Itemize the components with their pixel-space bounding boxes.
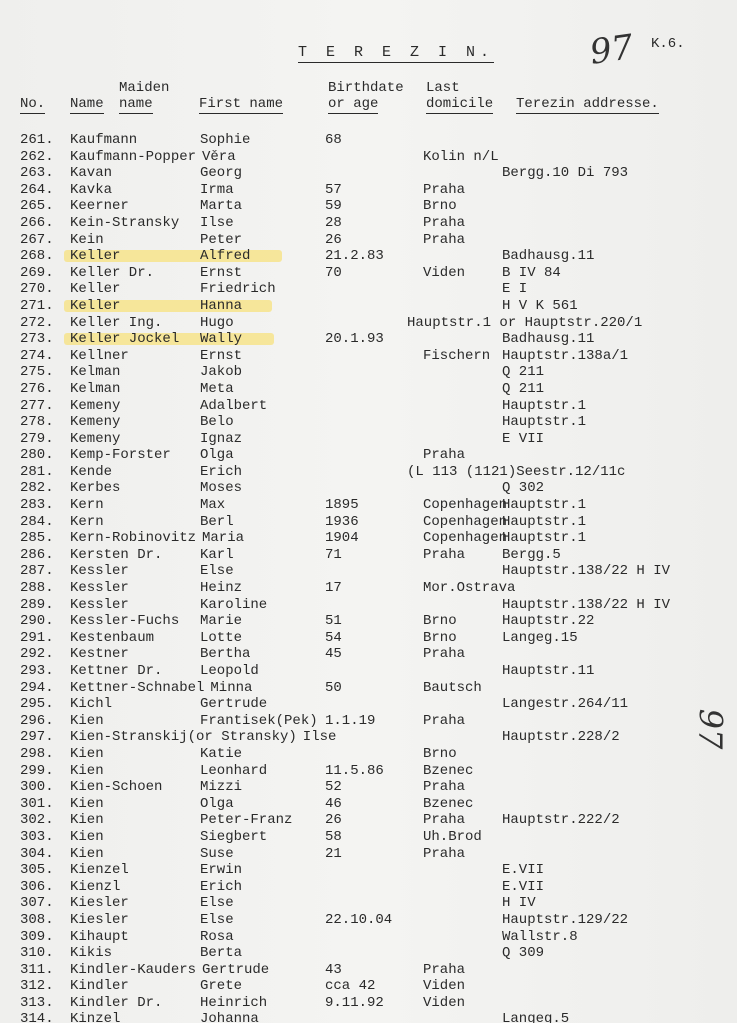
row-name: Kaufmann — [70, 132, 137, 148]
row-number: 268. — [20, 248, 54, 264]
row-number: 292. — [20, 646, 54, 662]
row-first-name: Maria — [202, 530, 244, 546]
row-number: 285. — [20, 530, 54, 546]
header-first-name: First name — [199, 96, 283, 112]
row-name: Kemeny — [70, 398, 120, 414]
row-name: Keller Dr. — [70, 265, 154, 281]
row-name: Kessler — [70, 580, 129, 596]
row-domicile: Praha — [423, 447, 465, 463]
row-name: Kien — [70, 796, 104, 812]
row-first-name: Hanna — [200, 298, 242, 314]
row-number: 294. — [20, 680, 54, 696]
row-number: 284. — [20, 514, 54, 530]
row-number: 295. — [20, 696, 54, 712]
row-first-name: Erich — [200, 879, 242, 895]
row-name: Kern — [70, 497, 104, 513]
row-name: Kein-Stransky — [70, 215, 179, 231]
row-birthdate: 51 — [325, 613, 342, 629]
row-first-name: Irma — [200, 182, 234, 198]
row-number: 265. — [20, 198, 54, 214]
row-name: Kern — [70, 514, 104, 530]
row-domicile: Praha — [423, 182, 465, 198]
row-birthdate: 1895 — [325, 497, 359, 513]
row-name: Kestenbaum — [70, 630, 154, 646]
row-name: Kien-Schoen — [70, 779, 162, 795]
row-domicile: Bautsch — [423, 680, 482, 696]
row-first-name: Friedrich — [200, 281, 276, 297]
row-number: 270. — [20, 281, 54, 297]
header-domicile: Lastdomicile — [426, 80, 493, 112]
row-birthdate: 1936 — [325, 514, 359, 530]
row-address: Hauptstr.22 — [502, 613, 594, 629]
row-address: Hauptstr.228/2 — [502, 729, 620, 745]
row-first-name: Olga — [200, 796, 234, 812]
row-first-name: Grete — [200, 978, 242, 994]
row-number: 262. — [20, 149, 54, 165]
row-number: 296. — [20, 713, 54, 729]
row-birthdate: 71 — [325, 547, 342, 563]
row-address: B IV 84 — [502, 265, 561, 281]
row-name: Kemp-Forster — [70, 447, 171, 463]
row-first-name: Sophie — [200, 132, 250, 148]
row-address: Bergg.10 Di 793 — [502, 165, 628, 181]
row-name: Kinzel — [70, 1011, 120, 1023]
row-name: Kemeny — [70, 414, 120, 430]
row-name: Keller Ing. — [70, 315, 162, 331]
document-page: T E R E Z I N. 97 K.6. 97 No. Name Maide… — [0, 0, 737, 1023]
row-birthdate: 68 — [325, 132, 342, 148]
handwritten-page-number: 97 — [587, 27, 635, 73]
row-number: 277. — [20, 398, 54, 414]
row-domicile: (L 113 (1121)Seestr.12/11c — [407, 464, 625, 480]
row-domicile: Praha — [423, 962, 465, 978]
row-first-name: Erwin — [200, 862, 242, 878]
row-number: 271. — [20, 298, 54, 314]
row-name: Kettner-Schnabel — [70, 680, 204, 696]
row-first-name: Siegbert — [200, 829, 267, 845]
row-number: 286. — [20, 547, 54, 563]
row-address: Hauptstr.138a/1 — [502, 348, 628, 364]
row-domicile: Bzenec — [423, 796, 473, 812]
row-first-name: Max — [200, 497, 225, 513]
row-birthdate: 70 — [325, 265, 342, 281]
row-domicile: Brno — [423, 746, 457, 762]
row-number: 300. — [20, 779, 54, 795]
row-name: Kein — [70, 232, 104, 248]
row-birthdate: 21 — [325, 846, 342, 862]
row-first-name: Hugo — [200, 315, 234, 331]
row-first-name: Rosa — [200, 929, 234, 945]
row-first-name: Georg — [200, 165, 242, 181]
row-domicile: Brno — [423, 198, 457, 214]
row-address: E.VII — [502, 862, 544, 878]
row-first-name: Olga — [200, 447, 234, 463]
row-birthdate: 21.2.83 — [325, 248, 384, 264]
row-number: 307. — [20, 895, 54, 911]
row-domicile: Copenhagen — [423, 497, 507, 513]
row-birthdate: 11.5.86 — [325, 763, 384, 779]
row-first-name: Erich — [200, 464, 242, 480]
row-birthdate: 52 — [325, 779, 342, 795]
document-reference: K.6. — [651, 36, 685, 52]
row-address: Hauptstr.1 — [502, 414, 586, 430]
row-name: Kerbes — [70, 480, 120, 496]
row-number: 289. — [20, 597, 54, 613]
row-address: E VII — [502, 431, 544, 447]
row-first-name: Marie — [200, 613, 242, 629]
row-domicile: Viden — [423, 978, 465, 994]
row-name: Kien — [70, 746, 104, 762]
row-number: 297. — [20, 729, 54, 745]
row-birthdate: 54 — [325, 630, 342, 646]
row-first-name: Leonhard — [200, 763, 267, 779]
row-first-name: Peter-Franz — [200, 812, 292, 828]
row-number: 302. — [20, 812, 54, 828]
row-name: Kien — [70, 713, 104, 729]
row-name: Kindler-Kauders — [70, 962, 196, 978]
row-first-name: Ilse — [303, 729, 337, 745]
header-name: Name — [70, 96, 104, 112]
row-birthdate: 17 — [325, 580, 342, 596]
row-address: Hauptstr.222/2 — [502, 812, 620, 828]
row-number: 267. — [20, 232, 54, 248]
document-title: T E R E Z I N. — [298, 44, 494, 63]
row-number: 282. — [20, 480, 54, 496]
row-number: 276. — [20, 381, 54, 397]
row-domicile: Uh.Brod — [423, 829, 482, 845]
row-name: Kienzl — [70, 879, 120, 895]
row-first-name: Marta — [200, 198, 242, 214]
row-domicile: Praha — [423, 812, 465, 828]
row-name: Kikis — [70, 945, 112, 961]
row-name: Keerner — [70, 198, 129, 214]
row-number: 301. — [20, 796, 54, 812]
row-name: Kichl — [70, 696, 112, 712]
row-name: Kelman — [70, 381, 120, 397]
row-birthdate: 9.11.92 — [325, 995, 384, 1011]
row-first-name: Johanna — [200, 1011, 259, 1023]
row-name: Kelman — [70, 364, 120, 380]
row-first-name: Karoline — [200, 597, 267, 613]
row-number: 303. — [20, 829, 54, 845]
header-address: Terezin addresse. — [516, 96, 659, 112]
row-birthdate: 59 — [325, 198, 342, 214]
row-address: Badhausg.11 — [502, 331, 594, 347]
row-number: 298. — [20, 746, 54, 762]
row-name: Kien — [70, 829, 104, 845]
row-name: Kersten Dr. — [70, 547, 162, 563]
row-name: Kindler — [70, 978, 129, 994]
row-first-name: Gertrude — [202, 962, 269, 978]
row-name: Kavka — [70, 182, 112, 198]
row-domicile: Praha — [423, 713, 465, 729]
row-address: Hauptstr.1 — [502, 398, 586, 414]
row-first-name: Ignaz — [200, 431, 242, 447]
row-address: Langeg.15 — [502, 630, 578, 646]
row-name: Keller — [70, 248, 120, 264]
row-domicile: Praha — [423, 232, 465, 248]
row-number: 264. — [20, 182, 54, 198]
row-number: 313. — [20, 995, 54, 1011]
row-domicile: Brno — [423, 630, 457, 646]
row-number: 281. — [20, 464, 54, 480]
row-name: Kettner Dr. — [70, 663, 162, 679]
row-first-name: Bertha — [200, 646, 250, 662]
row-address: Hauptstr.138/22 H IV — [502, 563, 670, 579]
row-domicile: Brno — [423, 613, 457, 629]
row-number: 309. — [20, 929, 54, 945]
row-domicile: Copenhagen — [423, 530, 507, 546]
row-birthdate: 57 — [325, 182, 342, 198]
row-first-name: Leopold — [200, 663, 259, 679]
handwritten-margin-note: 97 — [691, 709, 729, 750]
row-domicile: Bzenec — [423, 763, 473, 779]
row-first-name: Alfred — [200, 248, 250, 264]
row-first-name: Karl — [200, 547, 234, 563]
row-number: 291. — [20, 630, 54, 646]
row-name: Kavan — [70, 165, 112, 181]
row-first-name: Ernst — [200, 348, 242, 364]
row-domicile: Praha — [423, 779, 465, 795]
row-first-name: Ernst — [200, 265, 242, 281]
row-name: Kende — [70, 464, 112, 480]
row-number: 274. — [20, 348, 54, 364]
row-name: Kien — [70, 763, 104, 779]
row-birthdate: 58 — [325, 829, 342, 845]
row-first-name: Katie — [200, 746, 242, 762]
row-first-name: Peter — [200, 232, 242, 248]
row-address: Badhausg.11 — [502, 248, 594, 264]
row-birthdate: 26 — [325, 812, 342, 828]
row-first-name: Lotte — [200, 630, 242, 646]
row-number: 299. — [20, 763, 54, 779]
row-first-name: Else — [200, 912, 234, 928]
row-first-name: Frantisek(Pek) — [200, 713, 318, 729]
row-birthdate: cca 42 — [325, 978, 375, 994]
row-address: Langestr.264/11 — [502, 696, 628, 712]
row-number: 275. — [20, 364, 54, 380]
row-number: 278. — [20, 414, 54, 430]
row-birthdate: 1.1.19 — [325, 713, 375, 729]
row-number: 293. — [20, 663, 54, 679]
row-address: Q 309 — [502, 945, 544, 961]
row-number: 283. — [20, 497, 54, 513]
row-number: 314. — [20, 1011, 54, 1023]
row-name: Keller — [70, 281, 120, 297]
row-name: Keller Jockel — [70, 331, 179, 347]
row-name: Kihaupt — [70, 929, 129, 945]
row-name: Kessler — [70, 597, 129, 613]
row-number: 290. — [20, 613, 54, 629]
row-address: Hauptstr.1 — [502, 530, 586, 546]
row-birthdate: 20.1.93 — [325, 331, 384, 347]
row-first-name: Ilse — [200, 215, 234, 231]
row-name: Kindler Dr. — [70, 995, 162, 1011]
row-number: 263. — [20, 165, 54, 181]
row-address: Hauptstr.11 — [502, 663, 594, 679]
row-birthdate: 28 — [325, 215, 342, 231]
row-number: 273. — [20, 331, 54, 347]
row-first-name: Adalbert — [200, 398, 267, 414]
row-address: H V K 561 — [502, 298, 578, 314]
row-domicile: Praha — [423, 646, 465, 662]
row-first-name: Jakob — [200, 364, 242, 380]
row-address: Q 211 — [502, 364, 544, 380]
row-first-name: Berl — [200, 514, 234, 530]
row-number: 280. — [20, 447, 54, 463]
row-name: Kiesler — [70, 895, 129, 911]
row-number: 310. — [20, 945, 54, 961]
row-address: Hauptstr.1 — [502, 497, 586, 513]
row-number: 305. — [20, 862, 54, 878]
row-address: E.VII — [502, 879, 544, 895]
row-number: 304. — [20, 846, 54, 862]
row-number: 288. — [20, 580, 54, 596]
row-first-name: Minna — [210, 680, 252, 696]
row-number: 279. — [20, 431, 54, 447]
row-birthdate: 45 — [325, 646, 342, 662]
row-number: 306. — [20, 879, 54, 895]
row-address: Bergg.5 — [502, 547, 561, 563]
row-name: Kemeny — [70, 431, 120, 447]
row-name: Kestner — [70, 646, 129, 662]
row-name: Kien — [70, 812, 104, 828]
row-number: 287. — [20, 563, 54, 579]
row-number: 266. — [20, 215, 54, 231]
row-first-name: Meta — [200, 381, 234, 397]
header-no: No. — [20, 96, 45, 112]
row-first-name: Berta — [200, 945, 242, 961]
row-name: Kien-Stranskij(or Stransky) — [70, 729, 297, 745]
row-name: Kessler — [70, 563, 129, 579]
row-number: 272. — [20, 315, 54, 331]
row-first-name: Wally — [200, 331, 242, 347]
row-address: Hauptstr.129/22 — [502, 912, 628, 928]
row-name: Kellner — [70, 348, 129, 364]
row-domicile: Viden — [423, 995, 465, 1011]
row-number: 311. — [20, 962, 54, 978]
row-name: Keller — [70, 298, 120, 314]
row-first-name: Else — [200, 895, 234, 911]
row-first-name: Else — [200, 563, 234, 579]
row-name: Kaufmann-Popper — [70, 149, 196, 165]
row-name: Kessler-Fuchs — [70, 613, 179, 629]
row-first-name: Belo — [200, 414, 234, 430]
row-domicile: Copenhagen — [423, 514, 507, 530]
row-address: Hauptstr.1 — [502, 514, 586, 530]
row-first-name: Heinrich — [200, 995, 267, 1011]
row-address: Hauptstr.138/22 H IV — [502, 597, 670, 613]
row-address: Langeg.5 — [502, 1011, 569, 1023]
row-domicile: Hauptstr.1 or Hauptstr.220/1 — [407, 315, 642, 331]
row-first-name: Heinz — [200, 580, 242, 596]
row-domicile: Praha — [423, 215, 465, 231]
row-number: 312. — [20, 978, 54, 994]
row-number: 308. — [20, 912, 54, 928]
row-address: E I — [502, 281, 527, 297]
row-number: 269. — [20, 265, 54, 281]
row-number: 261. — [20, 132, 54, 148]
row-name: Kienzel — [70, 862, 129, 878]
row-domicile: Praha — [423, 846, 465, 862]
row-name: Kien — [70, 846, 104, 862]
row-birthdate: 22.10.04 — [325, 912, 392, 928]
row-birthdate: 50 — [325, 680, 342, 696]
row-first-name: Suse — [200, 846, 234, 862]
row-birthdate: 43 — [325, 962, 342, 978]
row-first-name: Věra — [202, 149, 236, 165]
row-domicile: Mor.Ostrava — [423, 580, 515, 596]
row-name: Kiesler — [70, 912, 129, 928]
row-domicile: Viden — [423, 265, 465, 281]
row-domicile: Fischern — [423, 348, 490, 364]
header-maiden: Maidenname — [119, 80, 169, 112]
row-address: Q 211 — [502, 381, 544, 397]
row-name: Kern-Robinovitz — [70, 530, 196, 546]
row-birthdate: 26 — [325, 232, 342, 248]
row-birthdate: 1904 — [325, 530, 359, 546]
row-address: H IV — [502, 895, 536, 911]
row-domicile: Praha — [423, 547, 465, 563]
row-address: Wallstr.8 — [502, 929, 578, 945]
row-birthdate: 46 — [325, 796, 342, 812]
row-first-name: Gertrude — [200, 696, 267, 712]
header-birthdate: Birthdateor age — [328, 80, 404, 112]
row-first-name: Mizzi — [200, 779, 242, 795]
row-domicile: Kolin n/L — [423, 149, 499, 165]
row-address: Q 302 — [502, 480, 544, 496]
row-first-name: Moses — [200, 480, 242, 496]
